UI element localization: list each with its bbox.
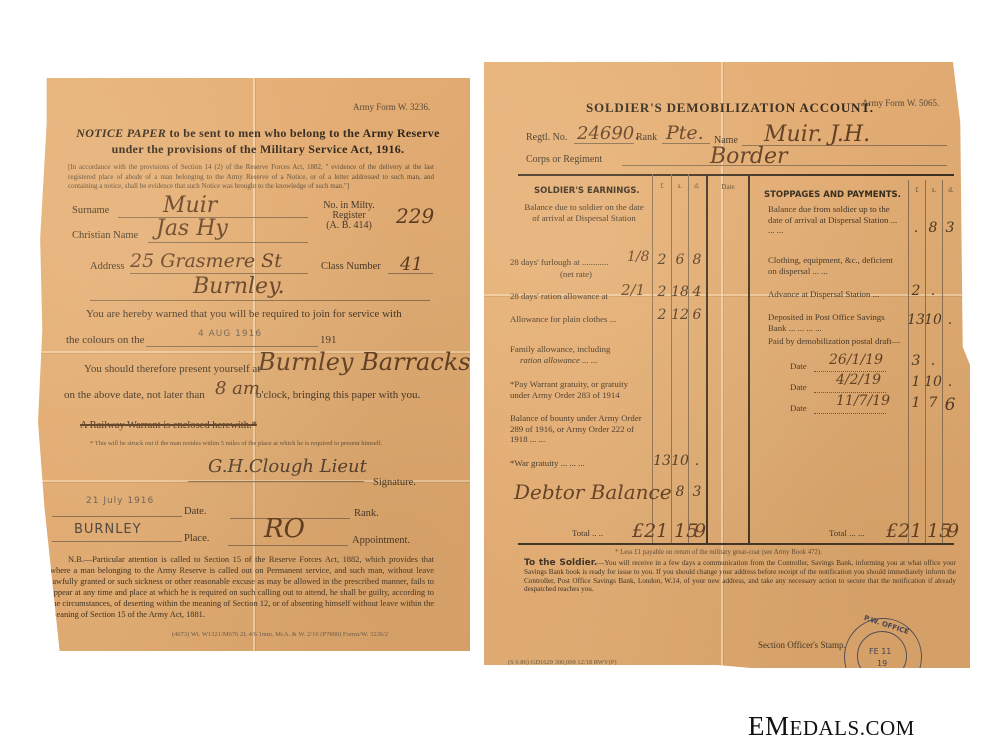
pence-header: d.	[944, 186, 958, 194]
place-label: Place.	[184, 533, 209, 544]
class-number-label: Class Number	[321, 261, 381, 272]
appointment-value: RO	[264, 514, 305, 544]
amount-pounds: .	[652, 484, 672, 500]
to-the-soldier-note: To the Soldier.—You will receive in a fe…	[524, 559, 956, 594]
draft-date-value: 4/2/19	[836, 372, 881, 388]
address-rule-2	[90, 300, 430, 301]
corps-label: Corps or Regiment	[526, 154, 602, 165]
postmark-year: 19	[877, 659, 887, 668]
amount-pounds: 2	[652, 252, 672, 268]
watermark-letter: E	[748, 711, 765, 741]
col-line	[748, 174, 750, 544]
stoppages-total-label: Total ... ...	[829, 528, 865, 539]
time-label: on the above date, not later than	[64, 389, 205, 401]
stoppages-row-label: Paid by demobilization postal draft—	[768, 336, 902, 347]
debtor-balance-label: Debtor Balance	[514, 480, 672, 504]
earnings-total-pounds: £21	[632, 520, 668, 542]
amount-pence: .	[687, 453, 707, 469]
signature-rule	[188, 481, 364, 482]
christian-name-label: Christian Name	[72, 230, 138, 241]
document-title: SOLDIER'S DEMOBILIZATION ACCOUNT.	[586, 100, 874, 116]
appointment-label: Appointment.	[352, 535, 410, 546]
postmark-stamp: P.W. OFFICE FE 11 19 PRESTON. No. 1	[844, 618, 922, 696]
pence-header: d.	[690, 182, 704, 190]
emedals-watermark: EMEDALS.COM	[748, 711, 915, 742]
amount-pounds: 2	[652, 307, 672, 323]
year-prefix: 191	[320, 334, 337, 346]
shillings-header: s.	[673, 182, 687, 190]
amount-pence: 8	[687, 252, 707, 268]
earnings-total-pence: 9	[694, 520, 706, 542]
address-label: Address	[90, 261, 124, 272]
draft-date-value: 11/7/19	[836, 393, 890, 409]
present-label: You should therefore present yourself at	[84, 363, 260, 375]
earnings-row-label: *Pay Warrant gratuity, or gratuity under…	[510, 379, 650, 400]
postmark-date: FE 11	[869, 647, 891, 656]
amount-pounds: 13	[652, 453, 672, 469]
surname-label: Surname	[72, 205, 109, 216]
present-location-value: Burnley Barracks	[258, 348, 471, 376]
postmark-bottom-text: PRESTON. No. 1	[851, 672, 923, 698]
printer-imprint: (S 6 86) GD1629 300,000 12/18 RWV(P)	[508, 659, 617, 666]
rank-value: Pte.	[666, 122, 704, 144]
stoppages-row-label: Advance at Dispersal Station ...	[768, 289, 879, 300]
earnings-row-label: *War gratuity ... ... ...	[510, 458, 585, 469]
draft-date-label: Date	[790, 403, 807, 414]
amount-pence: 3	[940, 220, 960, 236]
furlough-rate: 1/8	[627, 249, 650, 265]
time-label-suffix: o'clock, bringing this paper with you.	[256, 389, 420, 401]
draft-date-value: 26/1/19	[829, 352, 883, 368]
date-label: Date.	[184, 506, 206, 517]
report-time-value: 8 am	[215, 378, 260, 399]
register-label: No. in Milty. Register (A. B. 414)	[316, 201, 382, 231]
document-title: NOTICE PAPER to be sent to men who belon…	[48, 126, 468, 141]
amount-pence: .	[940, 312, 960, 328]
christian-name-value: Jas Hy	[156, 216, 228, 241]
rank-label: Rank	[636, 132, 657, 143]
amount-shillings: .	[923, 283, 943, 299]
corps-value: Border	[710, 144, 788, 169]
table-top-rule	[518, 174, 954, 176]
date-header: Date	[713, 183, 743, 191]
pounds-header: £	[910, 186, 924, 194]
draft-date-label: Date	[790, 361, 807, 372]
table-bottom-rule	[518, 543, 954, 545]
watermark-letter: M	[765, 711, 790, 741]
stoppages-total-pence: 9	[947, 520, 959, 542]
class-number-value: 41	[400, 254, 423, 275]
to-the-soldier-heading: To the Soldier.	[524, 558, 597, 568]
register-number-value: 229	[396, 204, 434, 228]
legal-preamble: [In accordance with the provisions of Se…	[68, 163, 434, 192]
document-subtitle: under the provisions of the Military Ser…	[48, 142, 468, 157]
warning-text: You are hereby warned that you will be r…	[86, 308, 402, 320]
amount-pence: 6	[940, 395, 960, 415]
signature-value: G.H.Clough Lieut	[208, 456, 367, 477]
form-number: Army Form W. 3236.	[353, 102, 430, 112]
earnings-row-label: 28 days' ration allowance at	[510, 291, 608, 302]
date-rule	[52, 516, 182, 517]
colours-date-rule	[146, 346, 318, 347]
amount-pounds: 2	[652, 284, 672, 300]
nb-legal-note: N.B.—Particular attention is called to S…	[50, 554, 434, 620]
earnings-row-sublabel: ration allowance ... ...	[520, 355, 597, 366]
colours-date-stamp: 4 AUG 1916	[198, 329, 262, 339]
earnings-row-sublabel: (net rate)	[560, 269, 592, 280]
place-rule	[52, 541, 182, 542]
watermark-letters: EDALS	[790, 716, 860, 740]
amount-pence: .	[940, 374, 960, 390]
demobilization-account-document: Army Form W. 5065. SOLDIER'S DEMOBILIZAT…	[484, 62, 970, 668]
earnings-row-label: 28 days' furlough at ............	[510, 257, 608, 268]
title-italic: NOTICE PAPER	[76, 126, 166, 140]
draft-date-rule	[814, 413, 886, 414]
earnings-row-label: Balance of bounty under Army Order 289 o…	[510, 413, 650, 445]
stoppages-row-label: Clothing, equipment, &c., deficient on d…	[768, 255, 902, 276]
draft-date-label: Date	[790, 382, 807, 393]
stoppages-row-label: Deposited in Post Office Savings Bank ..…	[768, 312, 902, 333]
watermark-domain: .COM	[860, 716, 915, 740]
rank-label: Rank.	[354, 508, 379, 519]
regtl-no-value: 24690.	[577, 123, 640, 144]
appointment-rule	[228, 545, 348, 546]
title-rest: to be sent to men who belong to the Army…	[166, 126, 440, 140]
signature-label: Signature.	[373, 477, 416, 488]
address-line-1: 25 Grasmere St	[130, 250, 282, 272]
stoppages-total-pounds: £21	[886, 520, 922, 542]
ration-rate: 2/1	[621, 281, 645, 299]
place-stamp: BURNLEY	[74, 522, 142, 537]
surname-value: Muir	[163, 193, 217, 218]
earnings-row-label: Family allowance, including	[510, 344, 610, 355]
register-label-line: (A. B. 414)	[316, 221, 382, 231]
amount-shillings: .	[923, 353, 943, 369]
earnings-total-label: Total .. ..	[572, 528, 603, 539]
stoppages-header: STOPPAGES AND PAYMENTS.	[764, 190, 901, 200]
amount-pence: 6	[687, 307, 707, 323]
postmark-inner-ring	[857, 631, 907, 681]
printer-imprint: (4673) Wt. W1321/M676 2L 4/6 1mm. McA. &…	[172, 631, 388, 638]
colours-label: the colours on the	[66, 334, 145, 346]
section-officer-stamp-label: Section Officer's Stamp.	[758, 640, 846, 650]
amount-pence: 4	[687, 284, 707, 300]
amount-pence: 3	[687, 484, 707, 500]
pounds-header: £	[655, 182, 669, 190]
date-stamp: 21 July 1916	[86, 496, 154, 506]
railway-warrant-struck: A Railway Warrant is enclosed herewith.*	[80, 420, 257, 431]
address-line-2: Burnley.	[193, 274, 285, 299]
regtl-no-label: Regtl. No.	[526, 132, 567, 143]
greatcoat-note: * Less £1 payable on return of the milit…	[615, 549, 822, 556]
christian-name-rule	[148, 242, 308, 243]
earnings-header: SOLDIER'S EARNINGS.	[534, 186, 640, 196]
stoppages-row-label: Balance due from soldier up to the date …	[768, 204, 902, 236]
earnings-row-label: Balance due to soldier on the date of ar…	[520, 202, 648, 223]
earnings-row-label: Allowance for plain clothes ...	[510, 314, 616, 325]
railway-footnote: * This will be struck out if the man res…	[90, 440, 382, 447]
shillings-header: s.	[927, 186, 941, 194]
notice-paper-document: Army Form W. 3236. NOTICE PAPER to be se…	[38, 78, 470, 651]
